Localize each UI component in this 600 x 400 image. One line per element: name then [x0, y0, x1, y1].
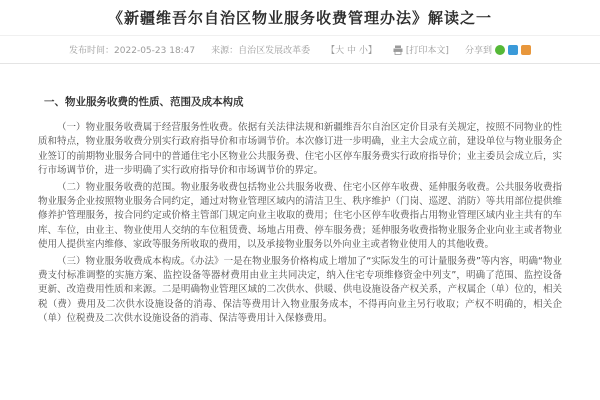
share-label: 分享到: [465, 43, 492, 56]
article-body: 一、物业服务收费的性质、范围及成本构成 （一）物业服务收费属于经营服务性收费。依…: [0, 64, 600, 327]
source-label: 来源：自治区发展改革委: [211, 43, 310, 56]
weibo-share-icon[interactable]: [508, 45, 518, 55]
publish-time: 发布时间：2022-05-23 18:47: [69, 43, 195, 56]
share-group: 分享到: [465, 43, 531, 56]
wechat-share-icon[interactable]: [495, 45, 505, 55]
font-size-control[interactable]: 【大 中 小】: [326, 43, 377, 56]
print-label: [打印本文]: [406, 43, 449, 56]
share-icons: [495, 45, 531, 55]
article-page: 《新疆维吾尔自治区物业服务收费管理办法》解读之一 发布时间：2022-05-23…: [0, 0, 600, 400]
paragraph-3: （三）物业服务收费成本构成。《办法》一是在物业服务价格构成上增加了“实际发生的可…: [38, 255, 562, 327]
paragraph-1: （一）物业服务收费属于经营服务性收费。依据有关法律法规和新疆维吾尔自治区定价目录…: [38, 121, 562, 179]
paragraph-2: （二）物业服务收费的范围。物业服务收费包括物业公共服务收费、住宅小区停车收费、延…: [38, 181, 562, 253]
print-button[interactable]: [打印本文]: [393, 43, 449, 56]
section-heading: 一、物业服务收费的性质、范围及成本构成: [44, 94, 562, 109]
qq-share-icon[interactable]: [521, 45, 531, 55]
page-title: 《新疆维吾尔自治区物业服务收费管理办法》解读之一: [0, 0, 600, 28]
article-meta-bar: 发布时间：2022-05-23 18:47 来源：自治区发展改革委 【大 中 小…: [0, 36, 600, 63]
printer-icon: [393, 45, 403, 55]
